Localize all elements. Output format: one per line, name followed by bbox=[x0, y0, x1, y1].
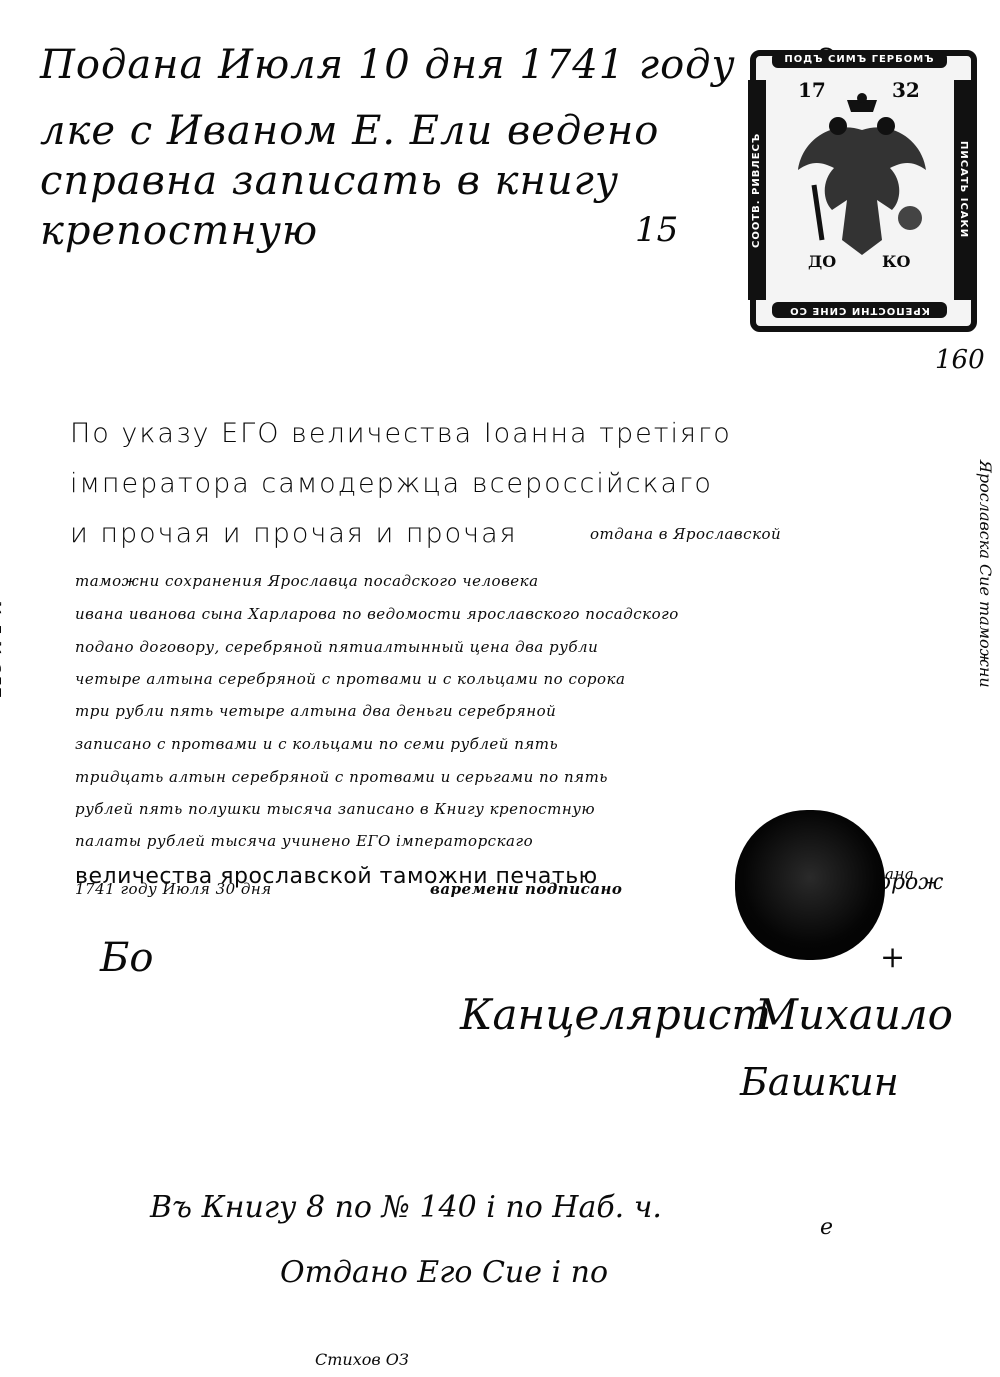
body-line-4: четыре алтына серебряной с протвами и с … bbox=[75, 670, 625, 688]
deed-body: По указу ЕГО величества Іоанна третіяго … bbox=[0, 0, 1000, 960]
body-line-7: тридцать алтын серебряной с протвами и с… bbox=[75, 768, 608, 786]
heading-line-1: По указу ЕГО величества Іоанна третіяго bbox=[70, 418, 732, 449]
left-flourish: Бо bbox=[100, 935, 153, 981]
body-line-9: палаты рублей тысяча учинено ЕГО імперат… bbox=[75, 832, 533, 850]
bottom-note-line-2: Отдано Его Сие і по bbox=[280, 1255, 608, 1290]
body-line-2: ивана иванова сына Харларова по ведомост… bbox=[75, 605, 679, 623]
bottom-trailing-mark: е bbox=[820, 1215, 833, 1240]
body-line-6: записано с протвами и с кольцами по семи… bbox=[75, 735, 558, 753]
bottom-note-line-1: Въ Книгу 8 по № 140 і по Наб. ч. bbox=[150, 1190, 662, 1225]
heading-tail: отдана в Ярославской bbox=[590, 525, 781, 543]
heading-line-2: імператора самодержца всероссійскаго bbox=[70, 468, 713, 499]
signature-last-name: Башкин bbox=[740, 1060, 899, 1104]
clerk-note: варемени подписано bbox=[430, 880, 622, 898]
signature-block: + Канцелярист Михаило Башкин bbox=[450, 940, 970, 1140]
right-margin-note: Ярославска Сие таможни bbox=[976, 460, 995, 688]
signature-title: Канцелярист bbox=[460, 990, 771, 1039]
body-line-1: таможни сохранения Ярославца посадского … bbox=[75, 572, 539, 590]
body-line-11: 1741 году Июля 30 дня bbox=[75, 880, 272, 898]
left-margin-note: № 5 № 257 bbox=[0, 600, 4, 697]
cross-mark: + bbox=[880, 940, 905, 975]
signature-first-name: Михаило bbox=[755, 990, 953, 1039]
body-line-8: рублей пять полушки тысяча записано в Кн… bbox=[75, 800, 595, 818]
wax-seal bbox=[735, 810, 885, 960]
body-line-3: подано договору, серебряной пятиалтынный… bbox=[75, 638, 598, 656]
body-line-5: три рубли пять четыре алтына два деньги … bbox=[75, 702, 556, 720]
bottom-registration-note: Въ Книгу 8 по № 140 і по Наб. ч. Отдано … bbox=[140, 1170, 900, 1370]
bottom-note-line-3: Стихов ОЗ bbox=[315, 1350, 409, 1369]
heading-line-3: и прочая и прочая и прочая bbox=[70, 518, 518, 549]
